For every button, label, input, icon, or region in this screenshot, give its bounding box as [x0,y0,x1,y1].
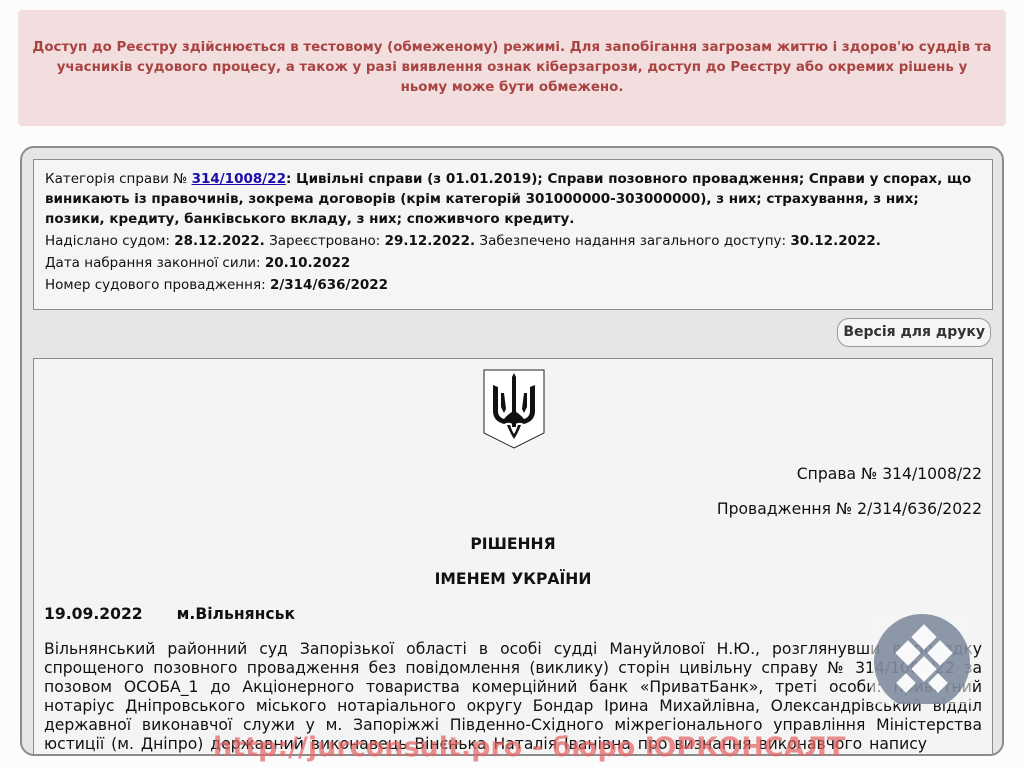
case-number-line: Справа № 314/1008/22 [797,465,982,484]
proceeding-label: Номер судового провадження: [45,277,270,293]
ukraine-coat-of-arms-icon [483,369,545,449]
sent-label: Надіслано судом: [45,233,174,249]
decision-body-text: Вільнянський районний суд Запорізької об… [44,640,982,754]
decision-place: м.Вільнянськ [177,605,295,623]
proceeding-row: Номер судового провадження: 2/314/636/20… [45,275,981,295]
registered-date: 29.12.2022. [385,233,476,249]
decision-date: 19.09.2022 [44,605,143,623]
print-version-button[interactable]: Версія для друку [837,318,991,347]
accessibility-widget-icon[interactable] [871,614,973,704]
case-category-row: Категорія справи № 314/1008/22: Цивільні… [45,169,981,229]
case-panel: Категорія справи № 314/1008/22: Цивільні… [20,146,1004,756]
access-date: 30.12.2022. [790,233,881,249]
registered-label: Зареєстровано: [265,233,385,249]
dates-row: Надіслано судом: 28.12.2022. Зареєстрова… [45,231,981,251]
date-place-line: 19.09.2022м.Вільнянськ [44,605,295,624]
decision-subtitle: ІМЕНЕМ УКРАЇНИ [34,570,992,589]
proceeding-number-line: Провадження № 2/314/636/2022 [717,500,982,519]
decision-title: РІШЕННЯ [34,535,992,554]
access-notice-banner: Доступ до Реєстру здійснюється в тестово… [18,10,1006,126]
access-label: Забезпечено надання загального доступу: [475,233,790,249]
effective-date-row: Дата набрання законної сили: 20.10.2022 [45,253,981,273]
proceeding-number: 2/314/636/2022 [270,277,388,293]
decision-document: Справа № 314/1008/22 Провадження № 2/314… [33,358,993,756]
access-notice-text: Доступ до Реєстру здійснюється в тестово… [32,38,992,98]
effective-label: Дата набрання законної сили: [45,255,265,271]
sent-date: 28.12.2022. [174,233,265,249]
case-number-link[interactable]: 314/1008/22 [192,171,286,187]
case-info-box: Категорія справи № 314/1008/22: Цивільні… [33,159,993,310]
category-label: Категорія справи № [45,171,192,187]
effective-date: 20.10.2022 [265,255,350,271]
